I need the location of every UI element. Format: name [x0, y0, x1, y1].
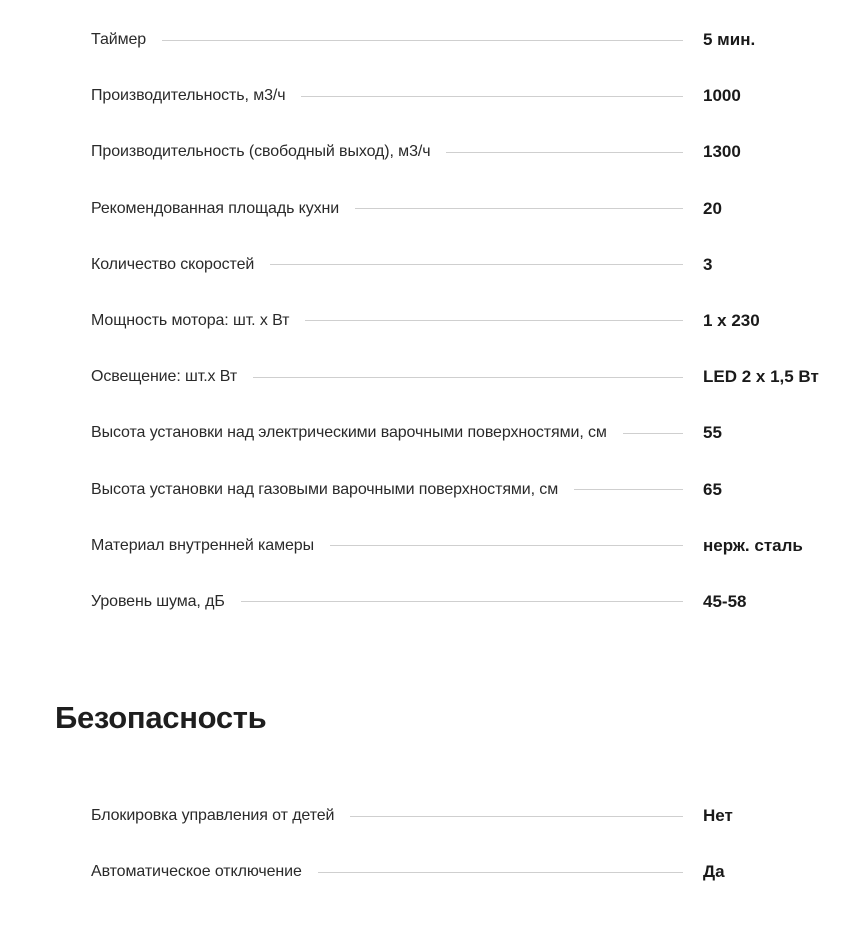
spec-label: Таймер: [91, 31, 146, 49]
spec-row: Производительность (свободный выход), м3…: [91, 138, 831, 166]
spec-row: Автоматическое отключение Да: [91, 858, 831, 886]
spec-leader-line: [623, 433, 683, 434]
spec-row: Высота установки над электрическими варо…: [91, 419, 831, 447]
spec-value: 1300: [703, 142, 741, 162]
spec-row: Уровень шума, дБ 45-58: [91, 588, 831, 616]
spec-row: Рекомендованная площадь кухни 20: [91, 195, 831, 223]
spec-value: 1000: [703, 86, 741, 106]
spec-label: Автоматическое отключение: [91, 863, 302, 881]
spec-value: 20: [703, 199, 722, 219]
specs-main-list: Таймер 5 мин. Производительность, м3/ч 1…: [91, 26, 831, 644]
spec-row: Материал внутренней камеры нерж. сталь: [91, 532, 831, 560]
spec-value: Нет: [703, 806, 733, 826]
spec-leader-line: [446, 152, 683, 153]
spec-leader-line: [318, 872, 683, 873]
spec-row: Количество скоростей 3: [91, 251, 831, 279]
spec-row: Высота установки над газовыми варочными …: [91, 476, 831, 504]
spec-leader-line: [241, 601, 683, 602]
spec-leader-line: [301, 96, 683, 97]
spec-value: 65: [703, 480, 722, 500]
spec-leader-line: [350, 816, 683, 817]
spec-leader-line: [574, 489, 683, 490]
spec-value: Да: [703, 862, 725, 882]
spec-label: Мощность мотора: шт. x Вт: [91, 312, 289, 330]
spec-row: Мощность мотора: шт. x Вт 1 x 230: [91, 307, 831, 335]
spec-value: 5 мин.: [703, 30, 755, 50]
spec-row: Производительность, м3/ч 1000: [91, 82, 831, 110]
spec-label: Уровень шума, дБ: [91, 593, 225, 611]
spec-label: Блокировка управления от детей: [91, 807, 334, 825]
spec-label: Высота установки над газовыми варочными …: [91, 481, 558, 499]
spec-leader-line: [355, 208, 683, 209]
spec-row: Таймер 5 мин.: [91, 26, 831, 54]
spec-value: 55: [703, 423, 722, 443]
spec-leader-line: [162, 40, 683, 41]
spec-label: Материал внутренней камеры: [91, 537, 314, 555]
spec-value: нерж. сталь: [703, 536, 803, 556]
spec-value: LED 2 x 1,5 Вт: [703, 367, 819, 387]
spec-leader-line: [330, 545, 683, 546]
spec-label: Рекомендованная площадь кухни: [91, 200, 339, 218]
spec-value: 3: [703, 255, 712, 275]
spec-label: Высота установки над электрическими варо…: [91, 424, 607, 442]
section-title-safety: Безопасность: [55, 700, 266, 736]
spec-label: Количество скоростей: [91, 256, 254, 274]
spec-leader-line: [253, 377, 683, 378]
spec-leader-line: [305, 320, 683, 321]
spec-row: Блокировка управления от детей Нет: [91, 802, 831, 830]
spec-label: Производительность (свободный выход), м3…: [91, 143, 430, 161]
spec-value: 1 x 230: [703, 311, 760, 331]
spec-label: Освещение: шт.x Вт: [91, 368, 237, 386]
spec-label: Производительность, м3/ч: [91, 87, 285, 105]
spec-row: Освещение: шт.x Вт LED 2 x 1,5 Вт: [91, 363, 831, 391]
specs-safety-list: Блокировка управления от детей Нет Автом…: [91, 802, 831, 914]
spec-value: 45-58: [703, 592, 746, 612]
spec-leader-line: [270, 264, 683, 265]
